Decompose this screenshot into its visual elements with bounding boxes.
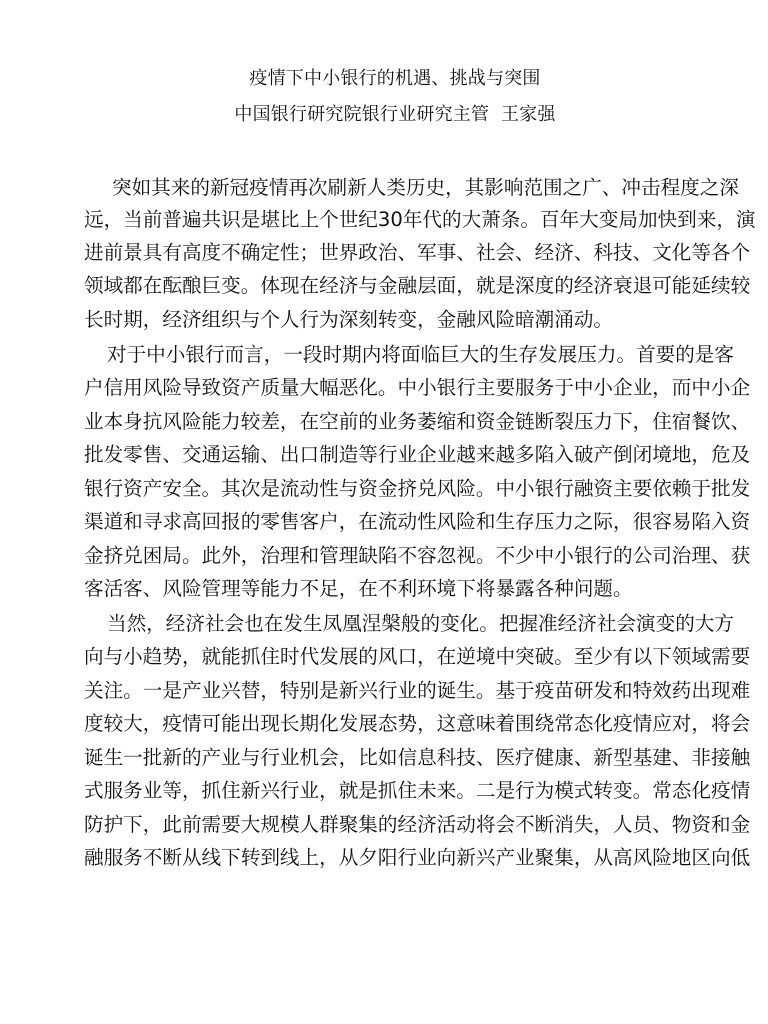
paragraph-line: 融服务不断从线下转到线上，从夕阳行业向新兴产业聚集，从高风险地区向低 — [84, 845, 690, 871]
paragraph-line: 诞生一批新的产业与行业机会，比如信息科技、医疗健康、新型基建、非接触 — [84, 745, 690, 771]
paragraph-line: 领域都在酝酿巨变。体现在经济与金融层面，就是深度的经济衰退可能延续较 — [84, 273, 690, 299]
document-author-line: 中国银行研究院银行业研究主管 王家强 — [0, 103, 768, 127]
paragraph-line: 关注。一是产业兴替，特别是新兴行业的诞生。基于疫苗研发和特效药出现难 — [84, 678, 690, 704]
paragraph-line: 向与小趋势，就能抓住时代发展的风口，在逆境中突破。至少有以下领域需要 — [84, 644, 690, 670]
paragraph-line: 银行资产安全。其次是流动性与资金挤兑风险。中小银行融资主要依赖于批发 — [84, 476, 690, 502]
paragraph-line: 批发零售、交通运输、出口制造等行业企业越来越多陷入破产倒闭境地，危及 — [84, 442, 690, 468]
paragraph-line: 金挤兑困局。此外，治理和管理缺陷不容忽视。不少中小银行的公司治理、获 — [84, 543, 690, 569]
paragraph-line: 业本身抗风险能力较差，在空前的业务萎缩和资金链断裂压力下，住宿餐饮、 — [84, 409, 690, 435]
paragraph-line: 防护下，此前需要大规模人群聚集的经济活动将会不断消失，人员、物资和金 — [84, 812, 690, 838]
document-page: 疫情下中小银行的机遇、挑战与突围 中国银行研究院银行业研究主管 王家强 突如其来… — [0, 0, 768, 1024]
paragraph-line: 远，当前普遍共识是堪比上个世纪30年代的大萧条。百年大变局加快到来，演 — [84, 207, 690, 233]
paragraph-line: 当然，经济社会也在发生凤凰涅槃般的变化。把握准经济社会演变的大方 — [107, 611, 690, 637]
paragraph-line: 渠道和寻求高回报的零售客户，在流动性风险和生存压力之际，很容易陷入资 — [84, 509, 690, 535]
paragraph-line: 突如其来的新冠疫情再次刷新人类历史，其影响范围之广、冲击程度之深 — [112, 175, 690, 201]
paragraph-line: 客活客、风险管理等能力不足，在不利环境下将暴露各种问题。 — [84, 576, 690, 602]
paragraph-line: 度较大，疫情可能出现长期化发展态势，这意味着围绕常态化疫情应对，将会 — [84, 711, 690, 737]
document-title: 疫情下中小银行的机遇、挑战与突围 — [0, 67, 768, 91]
paragraph-line: 对于中小银行而言，一段时期内将面临巨大的生存发展压力。首要的是客 — [107, 342, 690, 368]
paragraph-line: 进前景具有高度不确定性；世界政治、军事、社会、经济、科技、文化等各个 — [84, 240, 690, 266]
paragraph-line: 长时期，经济组织与个人行为深刻转变，金融风险暗潮涌动。 — [84, 307, 690, 333]
paragraph-line: 户信用风险导致资产质量大幅恶化。中小银行主要服务于中小企业，而中小企 — [84, 375, 690, 401]
paragraph-line: 式服务业等，抓住新兴行业，就是抓住未来。二是行为模式转变。常态化疫情 — [84, 778, 690, 804]
